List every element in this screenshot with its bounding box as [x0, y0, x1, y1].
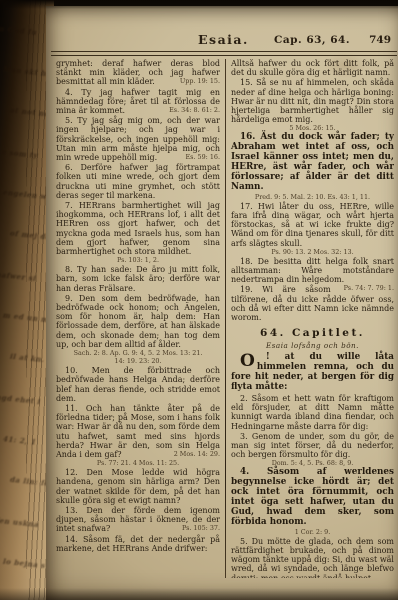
verse-paragraph: 8. Ty han sade: De äro ju mitt folk, bar… — [56, 265, 220, 293]
spine-ghost-text: ngd ehet i — [0, 393, 42, 406]
verse-paragraph: 3. Genom de under, som du gör, de man si… — [231, 432, 394, 460]
spine-ghost-text: fen uskna — [0, 516, 40, 529]
book-photo: { "page": { "header": { "running_title":… — [0, 0, 398, 600]
spine-ghost-text: engelen w — [2, 188, 48, 201]
verse-paragraph: 17. Hwi låter du oss, HERre, wille fara … — [231, 202, 394, 248]
verse-paragraph: 4. Ty jag hafwer tagit mig en hämndedag … — [56, 88, 220, 116]
text-column-left: grymhet: deraf hafwer deras blod stänkt … — [56, 59, 223, 578]
verse-reference-inline: Ps. 74: 7. 79: 1. — [331, 284, 394, 293]
column-divider-rule — [225, 59, 226, 578]
verse-reference-inline: Es. 34: 8. 61: 2. — [156, 106, 220, 115]
spine-ghost-text: m ed un m — [2, 311, 50, 325]
verse-paragraph: 14. Såsom fä, det der nedergår på marken… — [56, 535, 220, 553]
header-rule — [51, 51, 397, 56]
text-column-right: Alltså hafwer du ock fört ditt folk, på … — [228, 59, 394, 578]
verse-reference: Ps. 103: 1, 2. — [56, 257, 220, 264]
verse-paragraph: Alltså hafwer du ock fört ditt folk, på … — [231, 59, 394, 77]
chapter-heading: 64. Capitlet. — [231, 327, 394, 339]
spine-ghost-text: 41: 2, 1 — [2, 434, 38, 446]
verse-reference-inline: Upp. 19: 15. — [176, 77, 220, 86]
verse-reference: Pred. 9: 5. Mal. 2: 10. Es. 43: 1, 11. — [231, 194, 394, 201]
spine-ghost-text: lo bejna s — [2, 557, 47, 570]
verse-paragraph: 15. Så se nu af himmelen, och skåda nede… — [231, 78, 394, 124]
verse-paragraph: 2. Såsom et hett watn för kraftigom eld … — [231, 394, 394, 431]
spine-ghost-text: ne som ty — [0, 147, 39, 160]
verse-paragraph: 5. Du mötte de glada, och dem som rättfä… — [231, 537, 394, 578]
verse-reference: 14: 19. 23: 20. — [56, 358, 220, 365]
verse-paragraph: 5. Ty jag såg mig om, och der war ingen … — [56, 116, 220, 162]
photo-of-book: in Gud fuMan skt hiat not nd sne som tye… — [0, 0, 398, 600]
text-columns: grymhet: deraf hafwer deras blod stänkt … — [56, 59, 394, 578]
spine-ghost-text: in Gud fu — [0, 24, 38, 37]
verse-paragraph: 18. De besitta ditt helga folk snart all… — [231, 257, 394, 285]
verse-reference: Ps. 77: 21. 4 Mos. 11: 25. — [56, 460, 220, 467]
verse-paragraph: grymhet: deraf hafwer deras blod stänkt … — [56, 59, 220, 87]
verse-paragraph: 10. Men de förbittrade och bedröfwade ha… — [56, 366, 220, 403]
verse-reference: Ps. 90: 13. 2 Mos. 32: 13. — [231, 249, 394, 256]
verse-paragraph: 6. Derföre hafwer jag förtrampat folken … — [56, 163, 220, 200]
chapter-reference: Cap. 63, 64. — [274, 34, 350, 46]
verse-paragraph: 9. Den som dem bedröfwade, han bedröfwad… — [56, 294, 220, 349]
verse-reference-inline: Ps. 105: 37. — [169, 524, 220, 533]
verse-paragraph: O! at du wille låta himmelen remna, och … — [231, 353, 394, 393]
running-title: Esaia. — [198, 32, 249, 47]
chapter-subtitle: Esaia lofsång och bön. — [231, 341, 394, 350]
page-number: 749 — [369, 34, 391, 46]
verse-reference-inline: Es. 59: 16. — [173, 153, 221, 162]
verse-reference: Sach. 2: 8. Ap. G. 9: 4, 5. 2 Mos. 13: 2… — [56, 350, 220, 357]
drop-cap: O — [231, 353, 257, 369]
spine-ghost-text: Man skt hi — [2, 65, 51, 79]
verse-reference-inline: 2 Mos. 14: 29. — [161, 450, 220, 459]
spine-ghost-text: hafwer si — [0, 270, 37, 283]
spine-ghost-text: da lin: fe — [9, 475, 51, 488]
verse-paragraph: 12. Den Mose ledde wid högra handena, ge… — [56, 468, 220, 505]
verse-paragraph: 4. Såsom af werldenes begynnelse icke hö… — [231, 468, 394, 527]
verse-paragraph: 11. Och han tänkte åter på de förledna t… — [56, 404, 220, 459]
verse-paragraph: 13. Den der förde dem igenom djupen, sås… — [56, 506, 220, 534]
verse-reference: 1 Cor. 2: 9. — [231, 529, 394, 536]
verse-paragraph: 16. Äst du dock wår fader; ty Abraham we… — [231, 133, 394, 192]
bible-page: Esaia. Cap. 63, 64. 749 grymhet: deraf h… — [46, 6, 398, 600]
verse-paragraph: 7. HERrans barmhertighet will jag ihogko… — [56, 201, 220, 256]
